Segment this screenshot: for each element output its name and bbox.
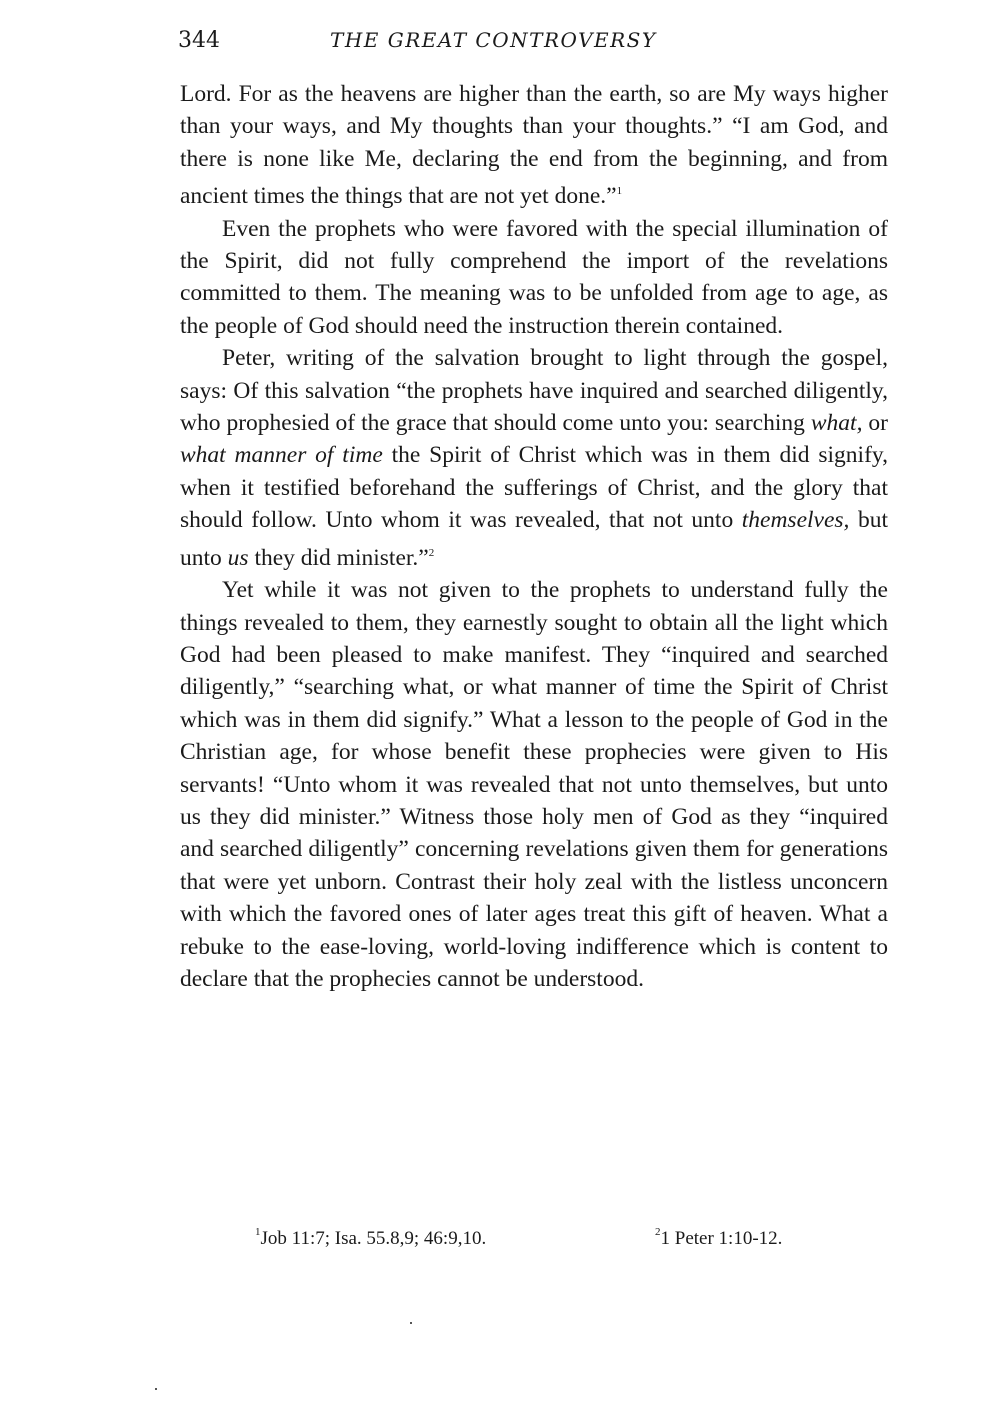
running-title: THE GREAT CONTROVERSY (330, 28, 657, 52)
italic-text: us (228, 545, 249, 571)
paragraph: Even the prophets who were favored with … (180, 213, 888, 343)
italic-text: what, (811, 410, 863, 436)
italic-text: what manner of time (180, 442, 383, 468)
footnote-marker: 2 (429, 547, 435, 559)
page-number: 344 (178, 28, 220, 53)
text-run: they did minister.” (249, 545, 429, 571)
footnote-2: 21 Peter 1:10-12. (655, 1226, 782, 1250)
footnote-marker: 1 (617, 185, 623, 197)
text-run: Lord. For as the heavens are higher than… (180, 81, 888, 209)
scan-speck (410, 1322, 412, 1324)
body-text: Lord. For as the heavens are higher than… (180, 78, 888, 995)
footnote-1: 1Job 11:7; Isa. 55.8,9; 46:9,10. (255, 1228, 486, 1249)
text-run: Peter, writing of the salvation brought … (180, 345, 888, 436)
scan-speck (155, 1388, 157, 1390)
paragraph: Yet while it was not given to the prophe… (180, 574, 888, 995)
paragraph: Peter, writing of the salvation brought … (180, 342, 888, 574)
italic-text: themselves, (742, 507, 850, 533)
page-header: 344 THE GREAT CONTROVERSY (178, 28, 898, 58)
text-run: Even the prophets who were favored with … (180, 216, 888, 339)
paragraph: Lord. For as the heavens are higher than… (180, 78, 888, 213)
text-run: Yet while it was not given to the prophe… (180, 577, 888, 992)
footnotes: 1Job 11:7; Isa. 55.8,9; 46:9,10. 21 Pete… (255, 1226, 895, 1250)
text-run: or (862, 410, 888, 436)
